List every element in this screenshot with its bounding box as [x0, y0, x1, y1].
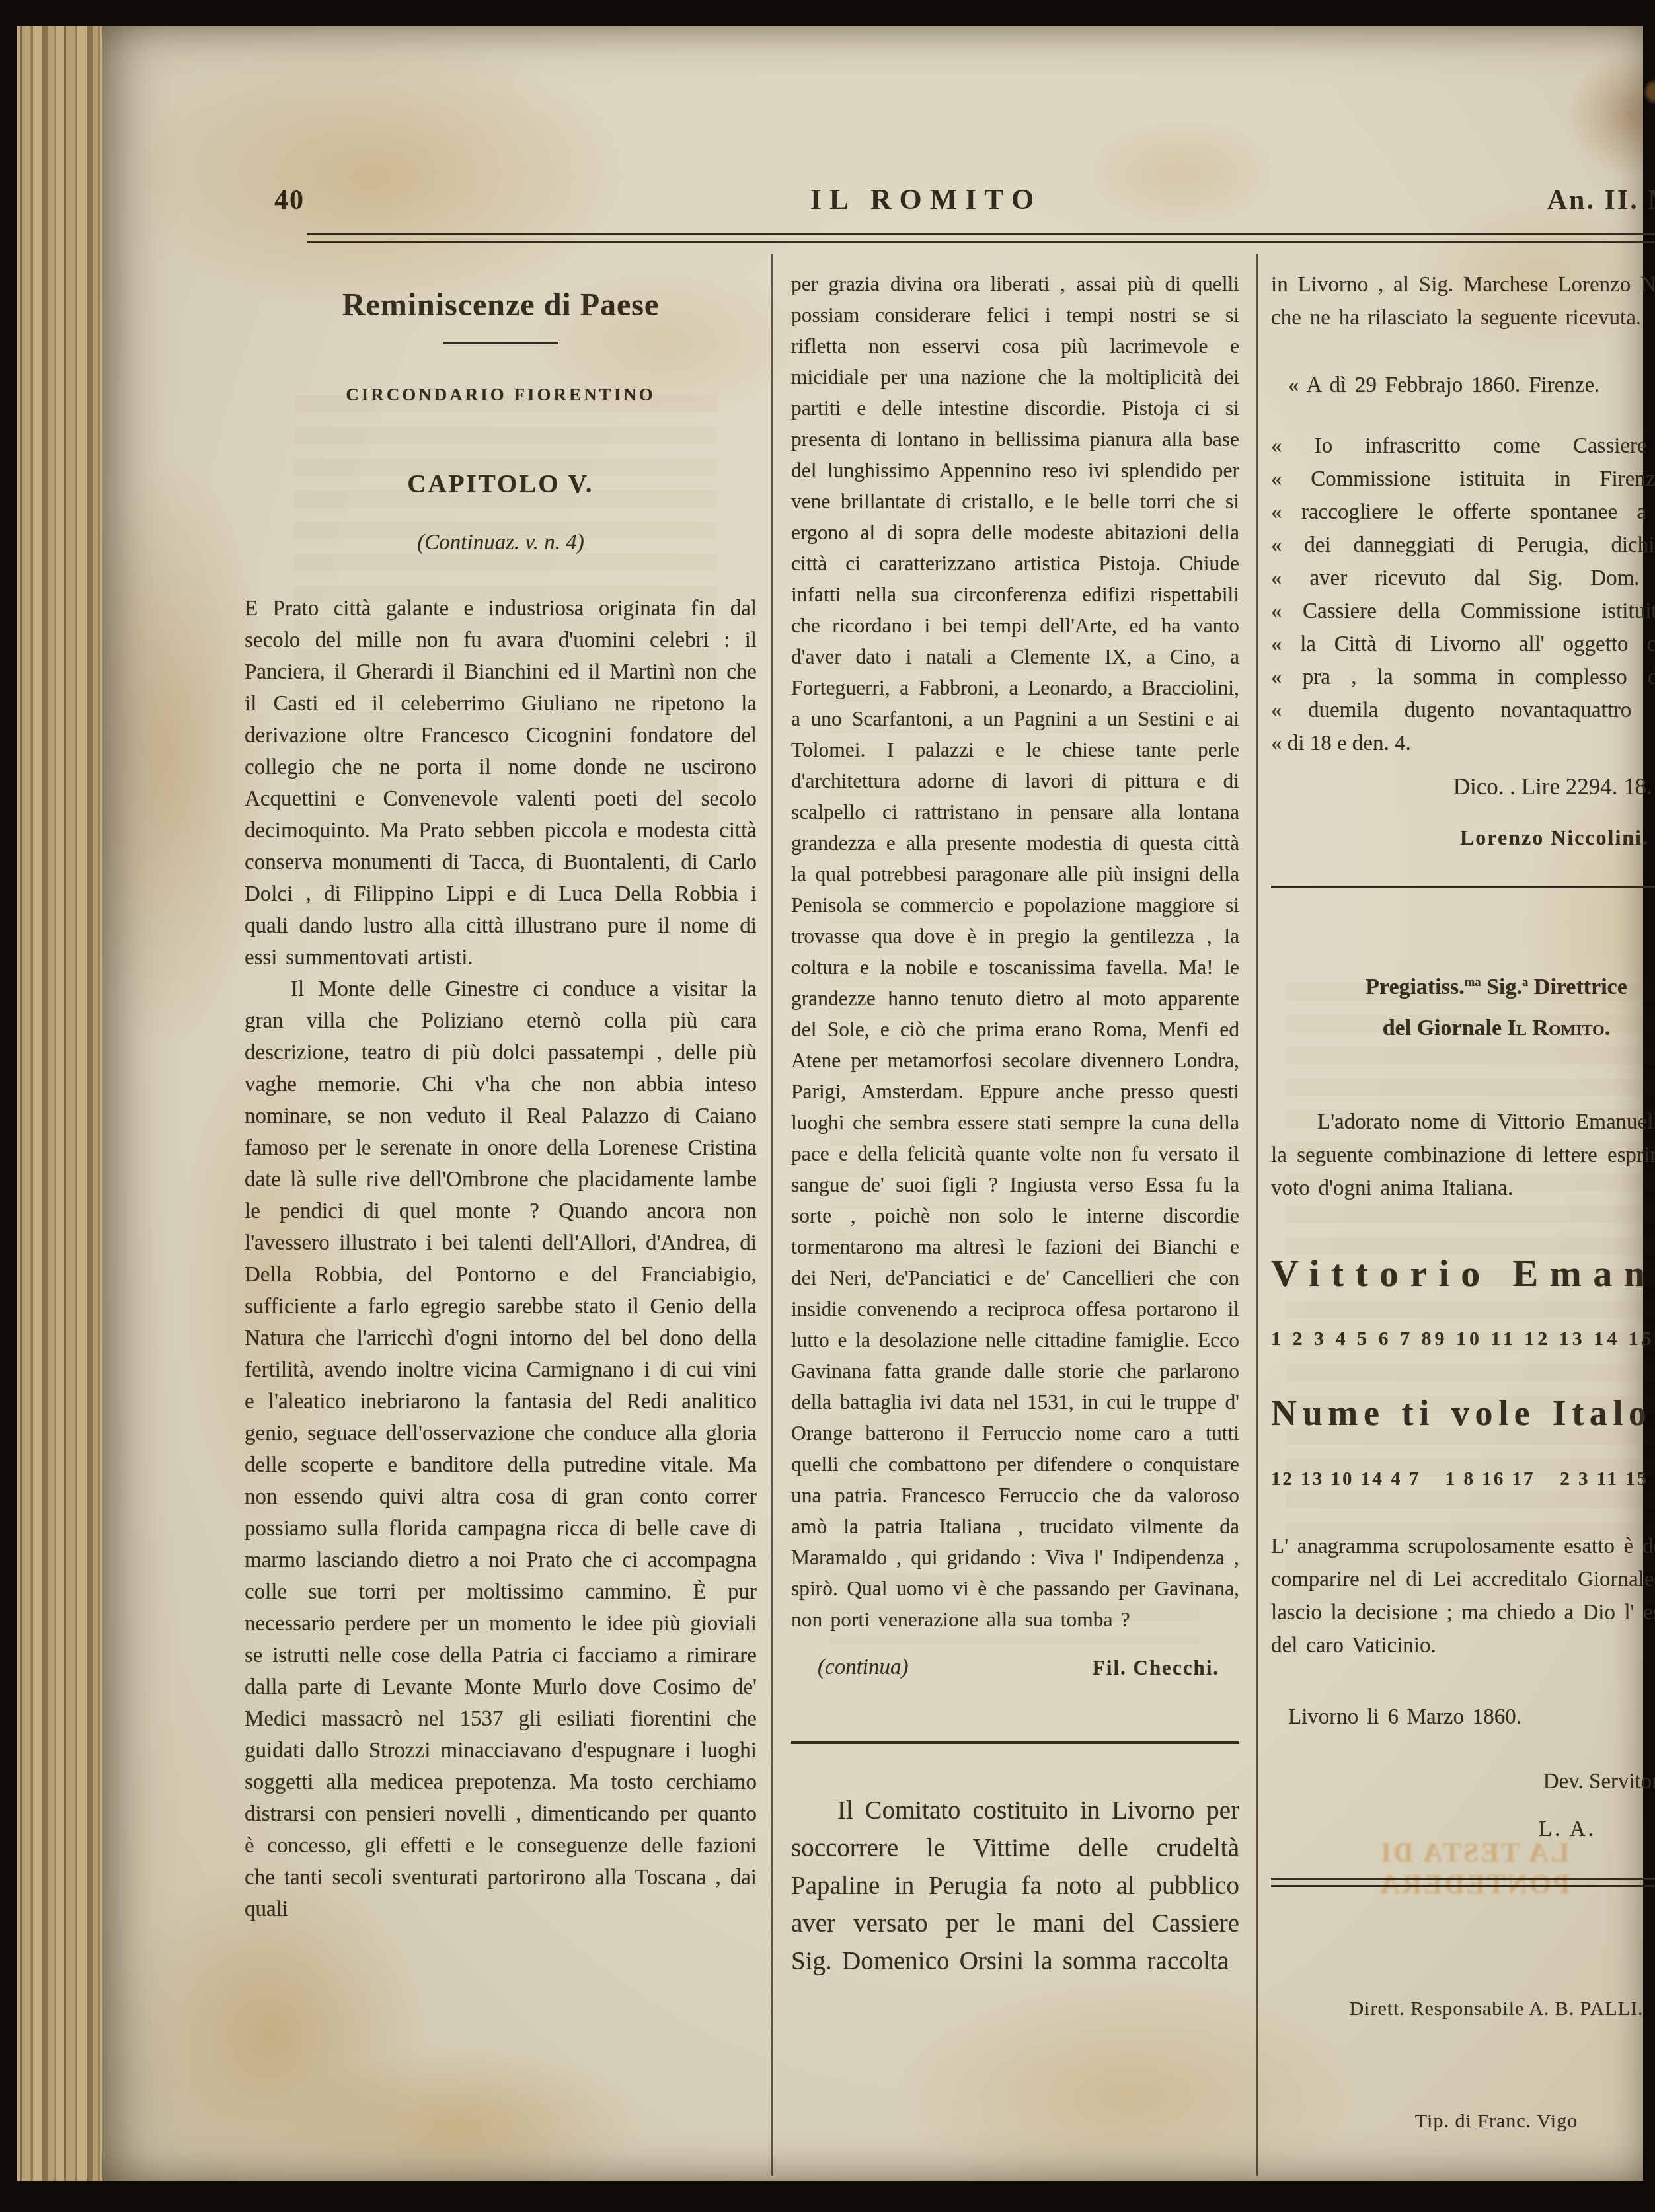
article-title: Reminiscenze di Paese	[245, 286, 757, 324]
number-group: 1 8 16 17	[1445, 1463, 1535, 1496]
letter-body: L'adorato nome di Vittorio Emanuelle off…	[1271, 1106, 1655, 1205]
letter-salutation-line2: del Giornale Il Romito.	[1271, 1012, 1655, 1045]
receipt-line: « dei danneggiati di Perugia, dichiaro d…	[1271, 529, 1655, 562]
footer-rule	[1271, 1878, 1655, 1887]
receipt-line: « aver ricevuto dal Sig. Dom. Orsini	[1271, 562, 1655, 595]
author-signature: Fil. Checchi.	[1093, 1652, 1219, 1683]
letter-closing: L' anagramma scrupolosamente esatto è de…	[1271, 1530, 1655, 1662]
letter-salutation: Pregiatiss.ma Sig.a Direttrice	[1271, 966, 1655, 1004]
masthead-title: IL ROMITO	[810, 182, 1042, 216]
letter-date: Livorno li 6 Marzo 1860.	[1271, 1700, 1655, 1734]
receipt-line: « raccogliere le offerte spontanee a fav…	[1271, 496, 1655, 529]
receipt-line: « pra , la somma in complesso di Lire	[1271, 661, 1655, 694]
number-group: 12 13 10 14 4 7	[1271, 1463, 1420, 1496]
anagram-source-numbers: 1 2 3 4 5 6 7 8 9 10 11 12 13 14 15 16 1…	[1271, 1322, 1655, 1355]
column-left: Reminiscenze di Paese CIRCONDARIO FIOREN…	[245, 286, 757, 2190]
continuation-note: (Continuaz. v. n. 4)	[245, 527, 757, 558]
column-middle: per grazia divina ora liberati , assai p…	[791, 268, 1239, 2188]
journal-name: Il Romito.	[1508, 1016, 1611, 1040]
number-group: 9 10 11 12 13 14 15 16 17	[1435, 1322, 1655, 1355]
committee-notice: Il Comitato costituito in Livorno per so…	[791, 1792, 1239, 1980]
paragraph: Il Monte delle Ginestre ci conduce a vis…	[245, 973, 757, 1925]
salutation-text: Pregiatiss.	[1366, 975, 1465, 999]
anagram-result: Nume ti vole Italo Re	[1271, 1394, 1655, 1433]
receipt-line: « la Città di Livorno all' oggetto che s…	[1271, 628, 1655, 661]
column-divider-left	[771, 254, 773, 2176]
receipt-text: « Io infrascritto come Cassiere della « …	[1271, 430, 1655, 760]
section-rule	[1271, 886, 1655, 888]
anagram-source: Vittorio Emanuelle	[1271, 1252, 1655, 1295]
salutation-superscript: a	[1522, 975, 1528, 989]
paragraph: E Prato città galante e industriosa orig…	[245, 593, 757, 973]
newspaper-page: 40 IL ROMITO An. II. N. 10. Reminiscenze…	[102, 25, 1644, 2182]
continua-note: (continua)	[818, 1652, 908, 1683]
column-divider-right	[1256, 254, 1258, 2176]
page-number: 40	[274, 184, 305, 216]
printer-imprint: Tip. di Franc. Vigo	[1271, 2105, 1655, 2138]
responsible-director: Dirett. Responsabile A. B. PALLI.	[1271, 1993, 1655, 2026]
title-rule	[443, 342, 558, 344]
paragraph: per grazia divina ora liberati , assai p…	[791, 268, 1239, 1635]
issue-number: An. II. N. 10.	[1547, 184, 1655, 216]
amount-line: Dico. . Lire 2294. 18. 4.	[1271, 771, 1655, 804]
scan-edge-top	[0, 0, 1655, 26]
scanned-newspaper-page: 40 IL ROMITO An. II. N. 10. Reminiscenze…	[0, 0, 1655, 2212]
letter-initials: L. A.	[1271, 1813, 1655, 1846]
receipt-line: « duemila dugento novantaquattro , sol-	[1271, 694, 1655, 727]
paragraph: in Livorno , al Sig. Marchese Lorenzo Ni…	[1271, 268, 1655, 334]
valediction: Dev. Servitore	[1271, 1765, 1655, 1798]
receipt-line: « Commissione istituita in Firenze per	[1271, 463, 1655, 496]
page-header: 40 IL ROMITO An. II. N. 10.	[274, 182, 1655, 216]
number-group: 2 3 11 15 6	[1560, 1463, 1655, 1496]
column-right: in Livorno , al Sig. Marchese Lorenzo Ni…	[1271, 268, 1655, 2195]
continuation-row: (continua) Fil. Checchi.	[791, 1652, 1239, 1683]
signature: Lorenzo Niccolini.	[1271, 821, 1655, 854]
chapter-heading: CAPITOLO V.	[245, 469, 757, 500]
book-page-edges	[0, 0, 112, 2212]
article-subtitle: CIRCONDARIO FIORENTINO	[245, 379, 757, 410]
receipt-line: « Cassiere della Commissione istituita n…	[1271, 595, 1655, 628]
number-group: 1 2 3 4 5 6 7 8	[1271, 1322, 1435, 1355]
section-rule	[791, 1741, 1239, 1744]
salutation-text: Direttrice	[1528, 975, 1627, 999]
anagram-result-numbers: 12 13 10 14 4 7 1 8 16 17 2 3 11 15 6 6 …	[1271, 1463, 1655, 1496]
salutation-text: del Giornale	[1383, 1016, 1508, 1040]
salutation-text: Sig.	[1481, 975, 1522, 999]
receipt-date: « A dì 29 Febbrajo 1860. Firenze.	[1271, 369, 1655, 402]
receipt-line: « Io infrascritto come Cassiere della	[1271, 430, 1655, 463]
receipt-line: « di 18 e den. 4.	[1271, 727, 1655, 760]
salutation-superscript: ma	[1465, 975, 1481, 989]
header-rule	[307, 233, 1655, 243]
